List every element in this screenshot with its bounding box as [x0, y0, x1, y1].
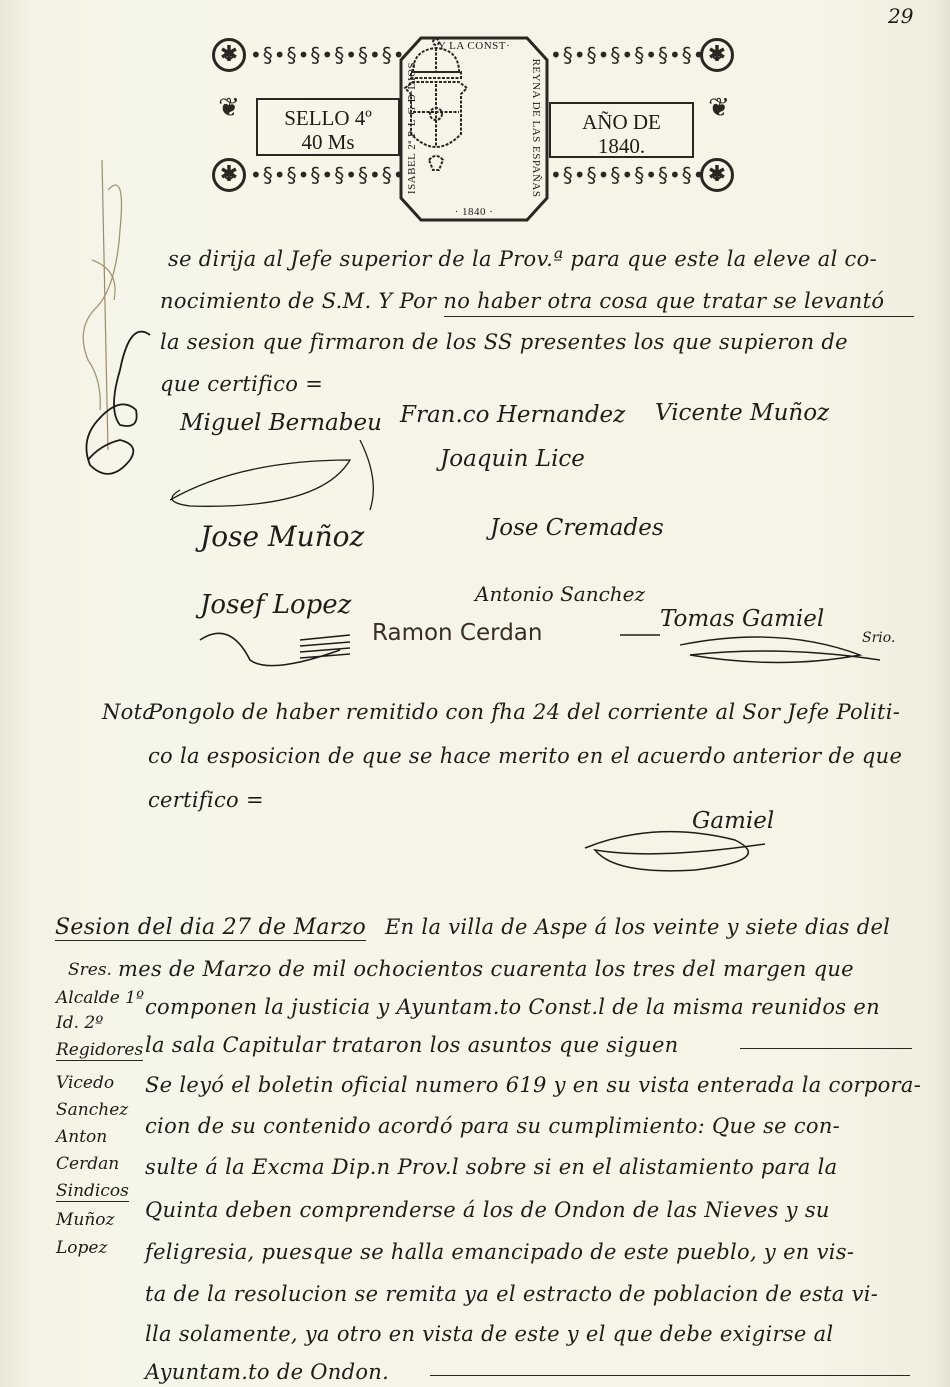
scroll-border-icon: •§•§•§•§•§•§•: [550, 162, 706, 188]
stamp-value-box: SELLO 4º 40 Ms: [256, 98, 400, 156]
margin-note: Muñoz: [56, 1210, 115, 1230]
signature: Jose Muñoz: [200, 520, 364, 553]
stamp-class: SELLO 4º: [258, 106, 398, 130]
margin-note: Id. 2º: [56, 1013, 103, 1033]
signature: Jose Cremades: [490, 515, 664, 541]
nota-line: co la esposicion de que se hace merito e…: [148, 744, 902, 768]
margin-note: Sindicos: [56, 1181, 129, 1202]
line-fill-rule: [740, 1048, 912, 1049]
signature-flourish: [190, 600, 390, 680]
rosette-ornament-icon: [212, 38, 246, 72]
scroll-border-icon: •§•§•§•§•§•§•: [250, 162, 406, 188]
signature-flourish: [150, 440, 410, 520]
seal-right-text: REYNA DE LAS ESPAÑAS: [530, 53, 542, 203]
stamp-year-box: AÑO DE 1840.: [549, 102, 694, 158]
scroll-ornament-icon: ❦: [702, 80, 736, 136]
session-line: sulte á la Excma Dip.n Prov.l sobre si e…: [145, 1155, 837, 1179]
session-line: Quinta deben comprenderse á los de Ondon…: [145, 1198, 830, 1222]
session-line: lla solamente, ya otro en vista de este …: [145, 1322, 833, 1346]
stamp-year: 1840.: [551, 134, 692, 158]
underline-rule: [444, 316, 914, 317]
royal-seal: Y LA CONST· ISABEL 2ª P·L·G·D·DIOS REYNA…: [399, 36, 549, 222]
margin-note: Lopez: [56, 1238, 107, 1258]
scroll-border-icon: •§•§•§•§•§•§•: [550, 42, 706, 68]
session-line: cion de su contenido acordó para su cump…: [145, 1114, 840, 1138]
stamp-price: 40 Ms: [258, 130, 398, 154]
paragraph-line: que certifico =: [160, 372, 323, 396]
signature: Ramon Cerdan: [372, 620, 542, 646]
margin-note: Cerdan: [56, 1154, 119, 1174]
session-line: feligresia, puesque se halla emancipado …: [145, 1240, 854, 1264]
page-number: 29: [888, 4, 913, 28]
session-line: Se leyó el boletin oficial numero 619 y …: [145, 1073, 921, 1097]
signature-flourish: [600, 615, 890, 675]
coat-of-arms-icon: [399, 36, 473, 176]
margin-note: Alcalde 1º: [56, 988, 144, 1008]
nota-line: certifico =: [148, 788, 264, 812]
session-line: En la villa de Aspe á los veinte y siete…: [385, 915, 890, 939]
margin-note: Sanchez: [56, 1100, 128, 1120]
margin-note: Sres.: [68, 960, 112, 980]
seal-bottom-text: · 1840 ·: [399, 206, 549, 218]
margin-note: Vicedo: [56, 1073, 114, 1093]
signature-flourish: [575, 820, 775, 880]
line-fill-rule: [430, 1375, 910, 1376]
margin-note: Anton: [56, 1127, 107, 1147]
margin-note: Regidores: [56, 1040, 143, 1061]
paragraph-line: la sesion que firmaron de los SS present…: [160, 330, 848, 354]
scroll-ornament-icon: ❦: [212, 80, 246, 136]
signature: Joaquin Lice: [440, 446, 585, 472]
signature: Vicente Muñoz: [655, 400, 829, 426]
session-line: ta de la resolucion se remita ya el estr…: [145, 1282, 878, 1306]
session-line: mes de Marzo de mil ochocientos cuarenta…: [118, 957, 854, 981]
session-heading: Sesion del dia 27 de Marzo: [55, 915, 366, 941]
paragraph-line: nocimiento de S.M. Y Por no haber otra c…: [160, 289, 884, 313]
paragraph-line: se dirija al Jefe superior de la Prov.ª …: [168, 247, 877, 271]
scroll-border-icon: •§•§•§•§•§•§•: [250, 42, 406, 68]
rosette-ornament-icon: [212, 158, 246, 192]
nota-line: Pongolo de haber remitido con fha 24 del…: [148, 700, 900, 724]
session-line: la sala Capitular trataron los asuntos q…: [145, 1033, 679, 1057]
signature: Antonio Sanchez: [475, 582, 645, 606]
signature: Fran.co Hernandez: [400, 402, 625, 428]
session-line: componen la justicia y Ayuntam.to Const.…: [145, 995, 880, 1019]
session-line: Ayuntam.to de Ondon.: [145, 1360, 389, 1384]
stamp-year-label: AÑO DE: [551, 110, 692, 134]
tax-stamp: ❦ ❦ •§•§•§•§•§•§• •§•§•§•§•§•§• •§•§•§•§…: [212, 30, 738, 225]
signature: Miguel Bernabeu: [180, 410, 382, 436]
